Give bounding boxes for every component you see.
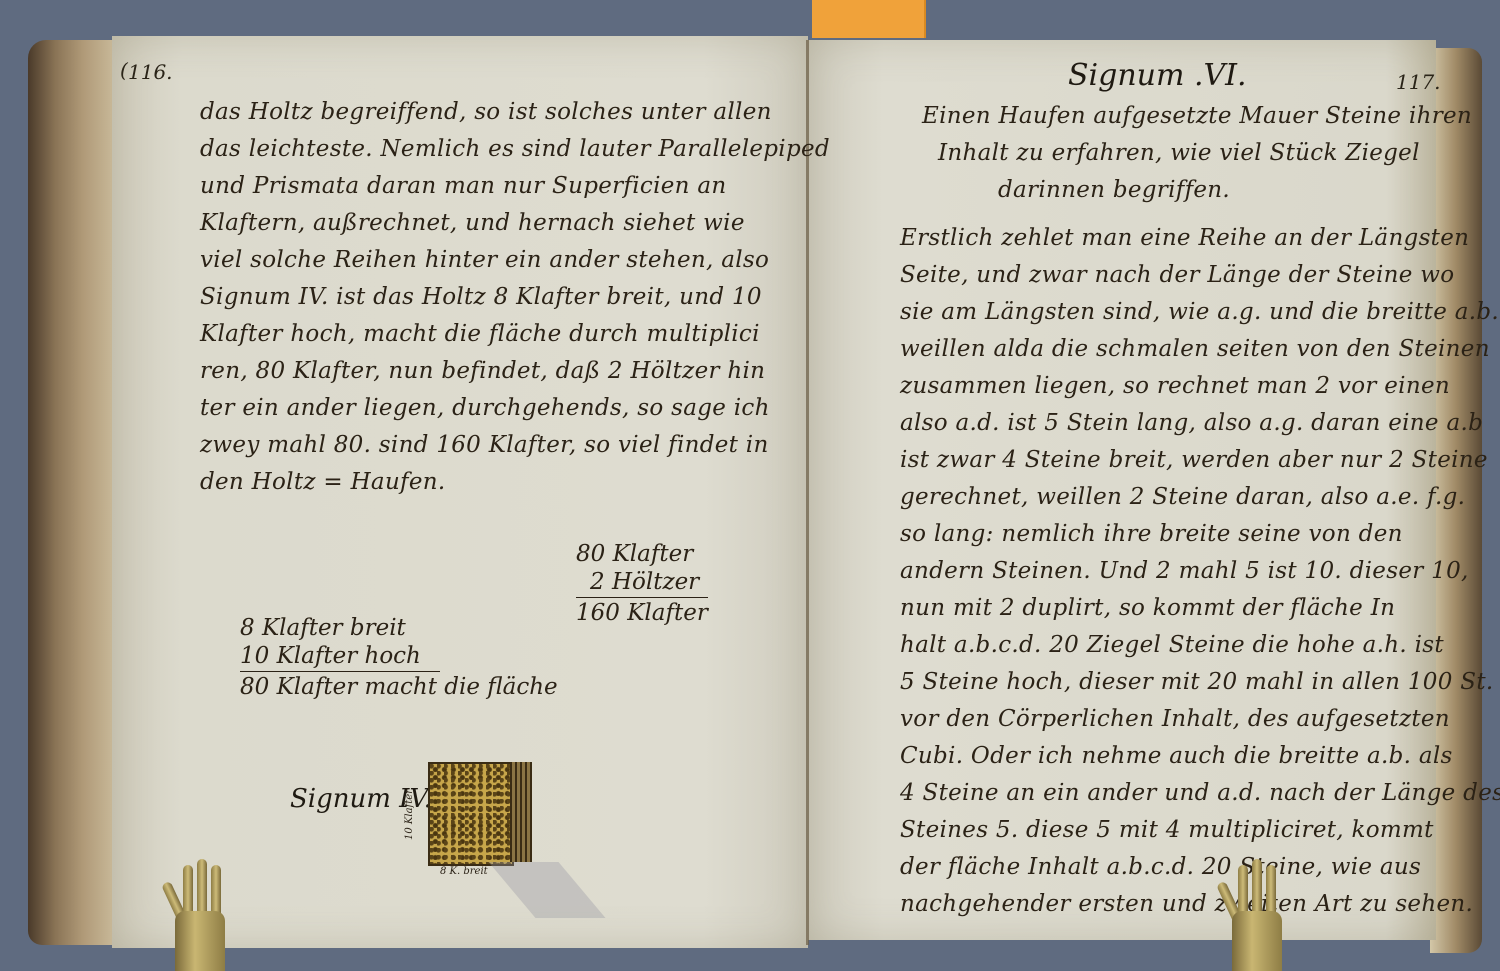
page-number-right: 117. bbox=[1396, 70, 1441, 94]
woodpile-side bbox=[510, 762, 532, 862]
brass-hand-weight-left bbox=[165, 851, 235, 971]
subtitle-line: darinnen begriffen. bbox=[922, 172, 1472, 209]
subtitle-line: Inhalt zu erfahren, wie viel Stück Ziege… bbox=[922, 135, 1472, 172]
calc-row: 2 Höltzer bbox=[576, 568, 708, 596]
text-line: ter ein ander liegen, durchgehends, so s… bbox=[200, 390, 780, 427]
text-line: zusammen liegen, so rechnet man 2 vor ei… bbox=[900, 368, 1500, 405]
text-line: den Holtz = Haufen. bbox=[200, 464, 780, 501]
text-line: Erstlich zehlet man eine Reihe an der Lä… bbox=[900, 220, 1500, 257]
left-body-text: das Holtz begreiffend, so ist solches un… bbox=[200, 94, 780, 501]
text-line: gerechnet, weillen 2 Steine daran, also … bbox=[900, 479, 1500, 516]
text-line: Seite, und zwar nach der Länge der Stein… bbox=[900, 257, 1500, 294]
brass-hand-weight-right bbox=[1222, 851, 1292, 971]
text-line: Klafter hoch, macht die fläche durch mul… bbox=[200, 316, 780, 353]
text-line: Cubi. Oder ich nehme auch die breitte a.… bbox=[900, 738, 1500, 775]
woodpile-illustration bbox=[428, 762, 514, 866]
text-line: das Holtz begreiffend, so ist solches un… bbox=[200, 94, 780, 131]
text-line: und Prismata daran man nur Superficien a… bbox=[200, 168, 780, 205]
text-line: weillen alda die schmalen seiten von den… bbox=[900, 331, 1500, 368]
text-line: ist zwar 4 Steine breit, werden aber nur… bbox=[900, 442, 1500, 479]
book-gutter bbox=[806, 40, 809, 945]
text-line: zwey mahl 80. sind 160 Klafter, so viel … bbox=[200, 427, 780, 464]
text-line: nun mit 2 duplirt, so kommt der fläche I… bbox=[900, 590, 1500, 627]
figure-label-height: 10 Klafter bbox=[404, 789, 415, 840]
text-line: so lang: nemlich ihre breite seine von d… bbox=[900, 516, 1500, 553]
text-line: viel solche Reihen hinter ein ander steh… bbox=[200, 242, 780, 279]
text-line: der fläche Inhalt a.b.c.d. 20 Steine, wi… bbox=[900, 849, 1500, 886]
text-line: ren, 80 Klafter, nun befindet, daß 2 Höl… bbox=[200, 353, 780, 390]
right-subtitle: Einen Haufen aufgesetzte Mauer Steine ih… bbox=[922, 98, 1472, 209]
text-line: also a.d. ist 5 Stein lang, also a.g. da… bbox=[900, 405, 1500, 442]
text-line: Signum IV. ist das Holtz 8 Klafter breit… bbox=[200, 279, 780, 316]
calc-rule bbox=[240, 671, 440, 672]
calc-row: 10 Klafter hoch bbox=[240, 642, 558, 670]
text-line: andern Steinen. Und 2 mahl 5 ist 10. die… bbox=[900, 553, 1500, 590]
calc-result: 160 Klafter bbox=[576, 599, 708, 627]
text-line: Klaftern, außrechnet, und hernach siehet… bbox=[200, 205, 780, 242]
subtitle-line: Einen Haufen aufgesetzte Mauer Steine ih… bbox=[922, 98, 1472, 135]
calculation-left: 8 Klafter breit 10 Klafter hoch 80 Klaft… bbox=[240, 614, 558, 701]
calc-row: 80 Klafter bbox=[576, 540, 708, 568]
book-fore-edge-left bbox=[28, 40, 120, 945]
calculation-right: 80 Klafter 2 Höltzer 160 Klafter bbox=[576, 540, 708, 627]
page-number-left: 116. bbox=[128, 60, 173, 84]
text-line: vor den Cörperlichen Inhalt, des aufgese… bbox=[900, 701, 1500, 738]
margin-mark: ( bbox=[120, 58, 128, 82]
bookmark-tab bbox=[812, 0, 926, 38]
section-title: Signum .VI. bbox=[1068, 58, 1247, 93]
text-line: nachgehender ersten und zweiten Art zu s… bbox=[900, 886, 1500, 923]
text-line: sie am Längsten sind, wie a.g. und die b… bbox=[900, 294, 1500, 331]
figure-label-width: 8 K. breit bbox=[440, 866, 488, 877]
text-line: halt a.b.c.d. 20 Ziegel Steine die hohe … bbox=[900, 627, 1500, 664]
text-line: 5 Steine hoch, dieser mit 20 mahl in all… bbox=[900, 664, 1500, 701]
text-line: Steines 5. diese 5 mit 4 multipliciret, … bbox=[900, 812, 1500, 849]
text-line: das leichteste. Nemlich es sind lauter P… bbox=[200, 131, 780, 168]
calc-row: 8 Klafter breit bbox=[240, 614, 558, 642]
calc-result: 80 Klafter macht die fläche bbox=[240, 673, 558, 701]
text-line: 4 Steine an ein ander und a.d. nach der … bbox=[900, 775, 1500, 812]
calc-rule bbox=[576, 597, 708, 598]
right-body-text: Erstlich zehlet man eine Reihe an der Lä… bbox=[900, 220, 1500, 923]
